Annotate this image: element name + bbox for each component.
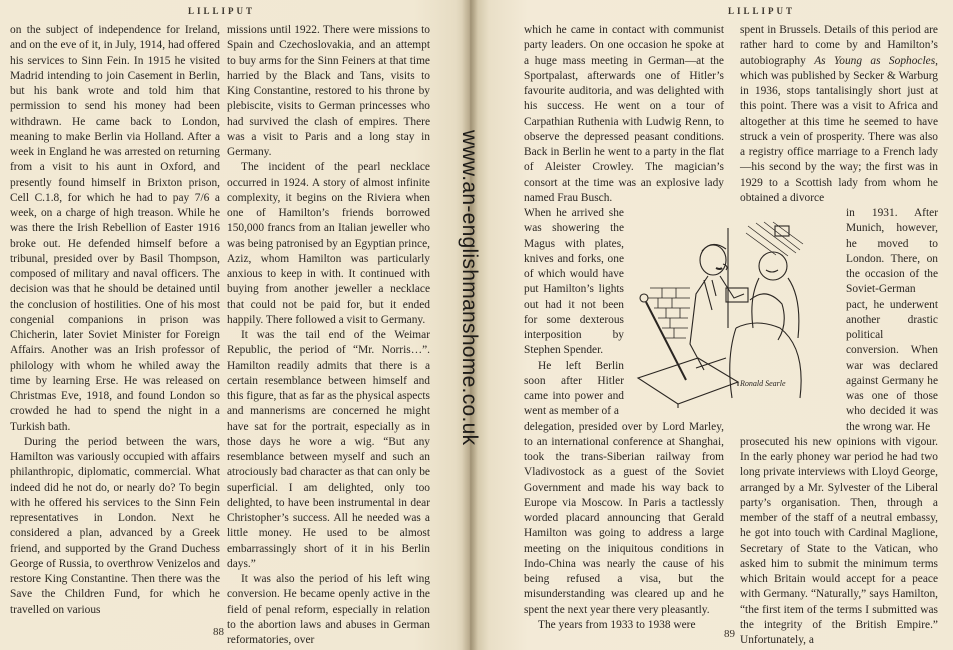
page-number-right: 89 xyxy=(724,628,735,640)
paragraph: He left Berlin soon after Hitler came in… xyxy=(524,359,624,420)
paragraph: It was the tail end of the Weimar Republ… xyxy=(227,328,430,572)
cartoon-illustration: Ronald Searle xyxy=(628,218,813,408)
paragraph: The years from 1933 to 1938 were xyxy=(524,618,724,633)
paragraph: on the subject of independence for Irela… xyxy=(10,23,220,435)
wrapped-text-block: When he arrived she was showering the Ma… xyxy=(524,206,624,420)
paragraph: It was also the period of his left wing … xyxy=(227,572,430,648)
paragraph: which he came in contact with communist … xyxy=(524,23,724,206)
left-page-column-2: missions until 1922. There were missions… xyxy=(227,23,430,648)
paragraph: During the period between the wars, Hami… xyxy=(10,435,220,618)
paragraph: The incident of the pearl necklace occur… xyxy=(227,160,430,328)
left-page-column-1: on the subject of independence for Irela… xyxy=(10,23,220,618)
book-title: As Young as Sophocles xyxy=(814,55,935,67)
paragraph: prosecuted his new opinions with vigour.… xyxy=(740,435,938,649)
illustration-drawing-icon: Ronald Searle xyxy=(628,218,813,408)
wrapped-text-block: in 1931. After Munich, however, he moved… xyxy=(846,206,938,435)
watermark-url: www.an-englishmanshome.co.uk xyxy=(456,130,482,460)
artist-signature: Ronald Searle xyxy=(739,379,786,388)
magazine-spread: LILLIPUT on the subject of independence … xyxy=(0,0,953,650)
paragraph: delegation, presided over by Lord Marley… xyxy=(524,420,724,618)
paragraph: missions until 1922. There were missions… xyxy=(227,23,430,160)
page-number-left: 88 xyxy=(213,626,224,638)
running-head-left: LILLIPUT xyxy=(188,6,255,16)
text-span: , which was published by Secker & Warbur… xyxy=(740,55,938,204)
paragraph: spent in Brussels. Details of this perio… xyxy=(740,23,938,206)
running-head-right: LILLIPUT xyxy=(728,6,795,16)
left-page: LILLIPUT on the subject of independence … xyxy=(0,0,470,650)
paragraph: in 1931. After Munich, however, he moved… xyxy=(846,206,938,435)
paragraph: When he arrived she was showering the Ma… xyxy=(524,206,624,359)
